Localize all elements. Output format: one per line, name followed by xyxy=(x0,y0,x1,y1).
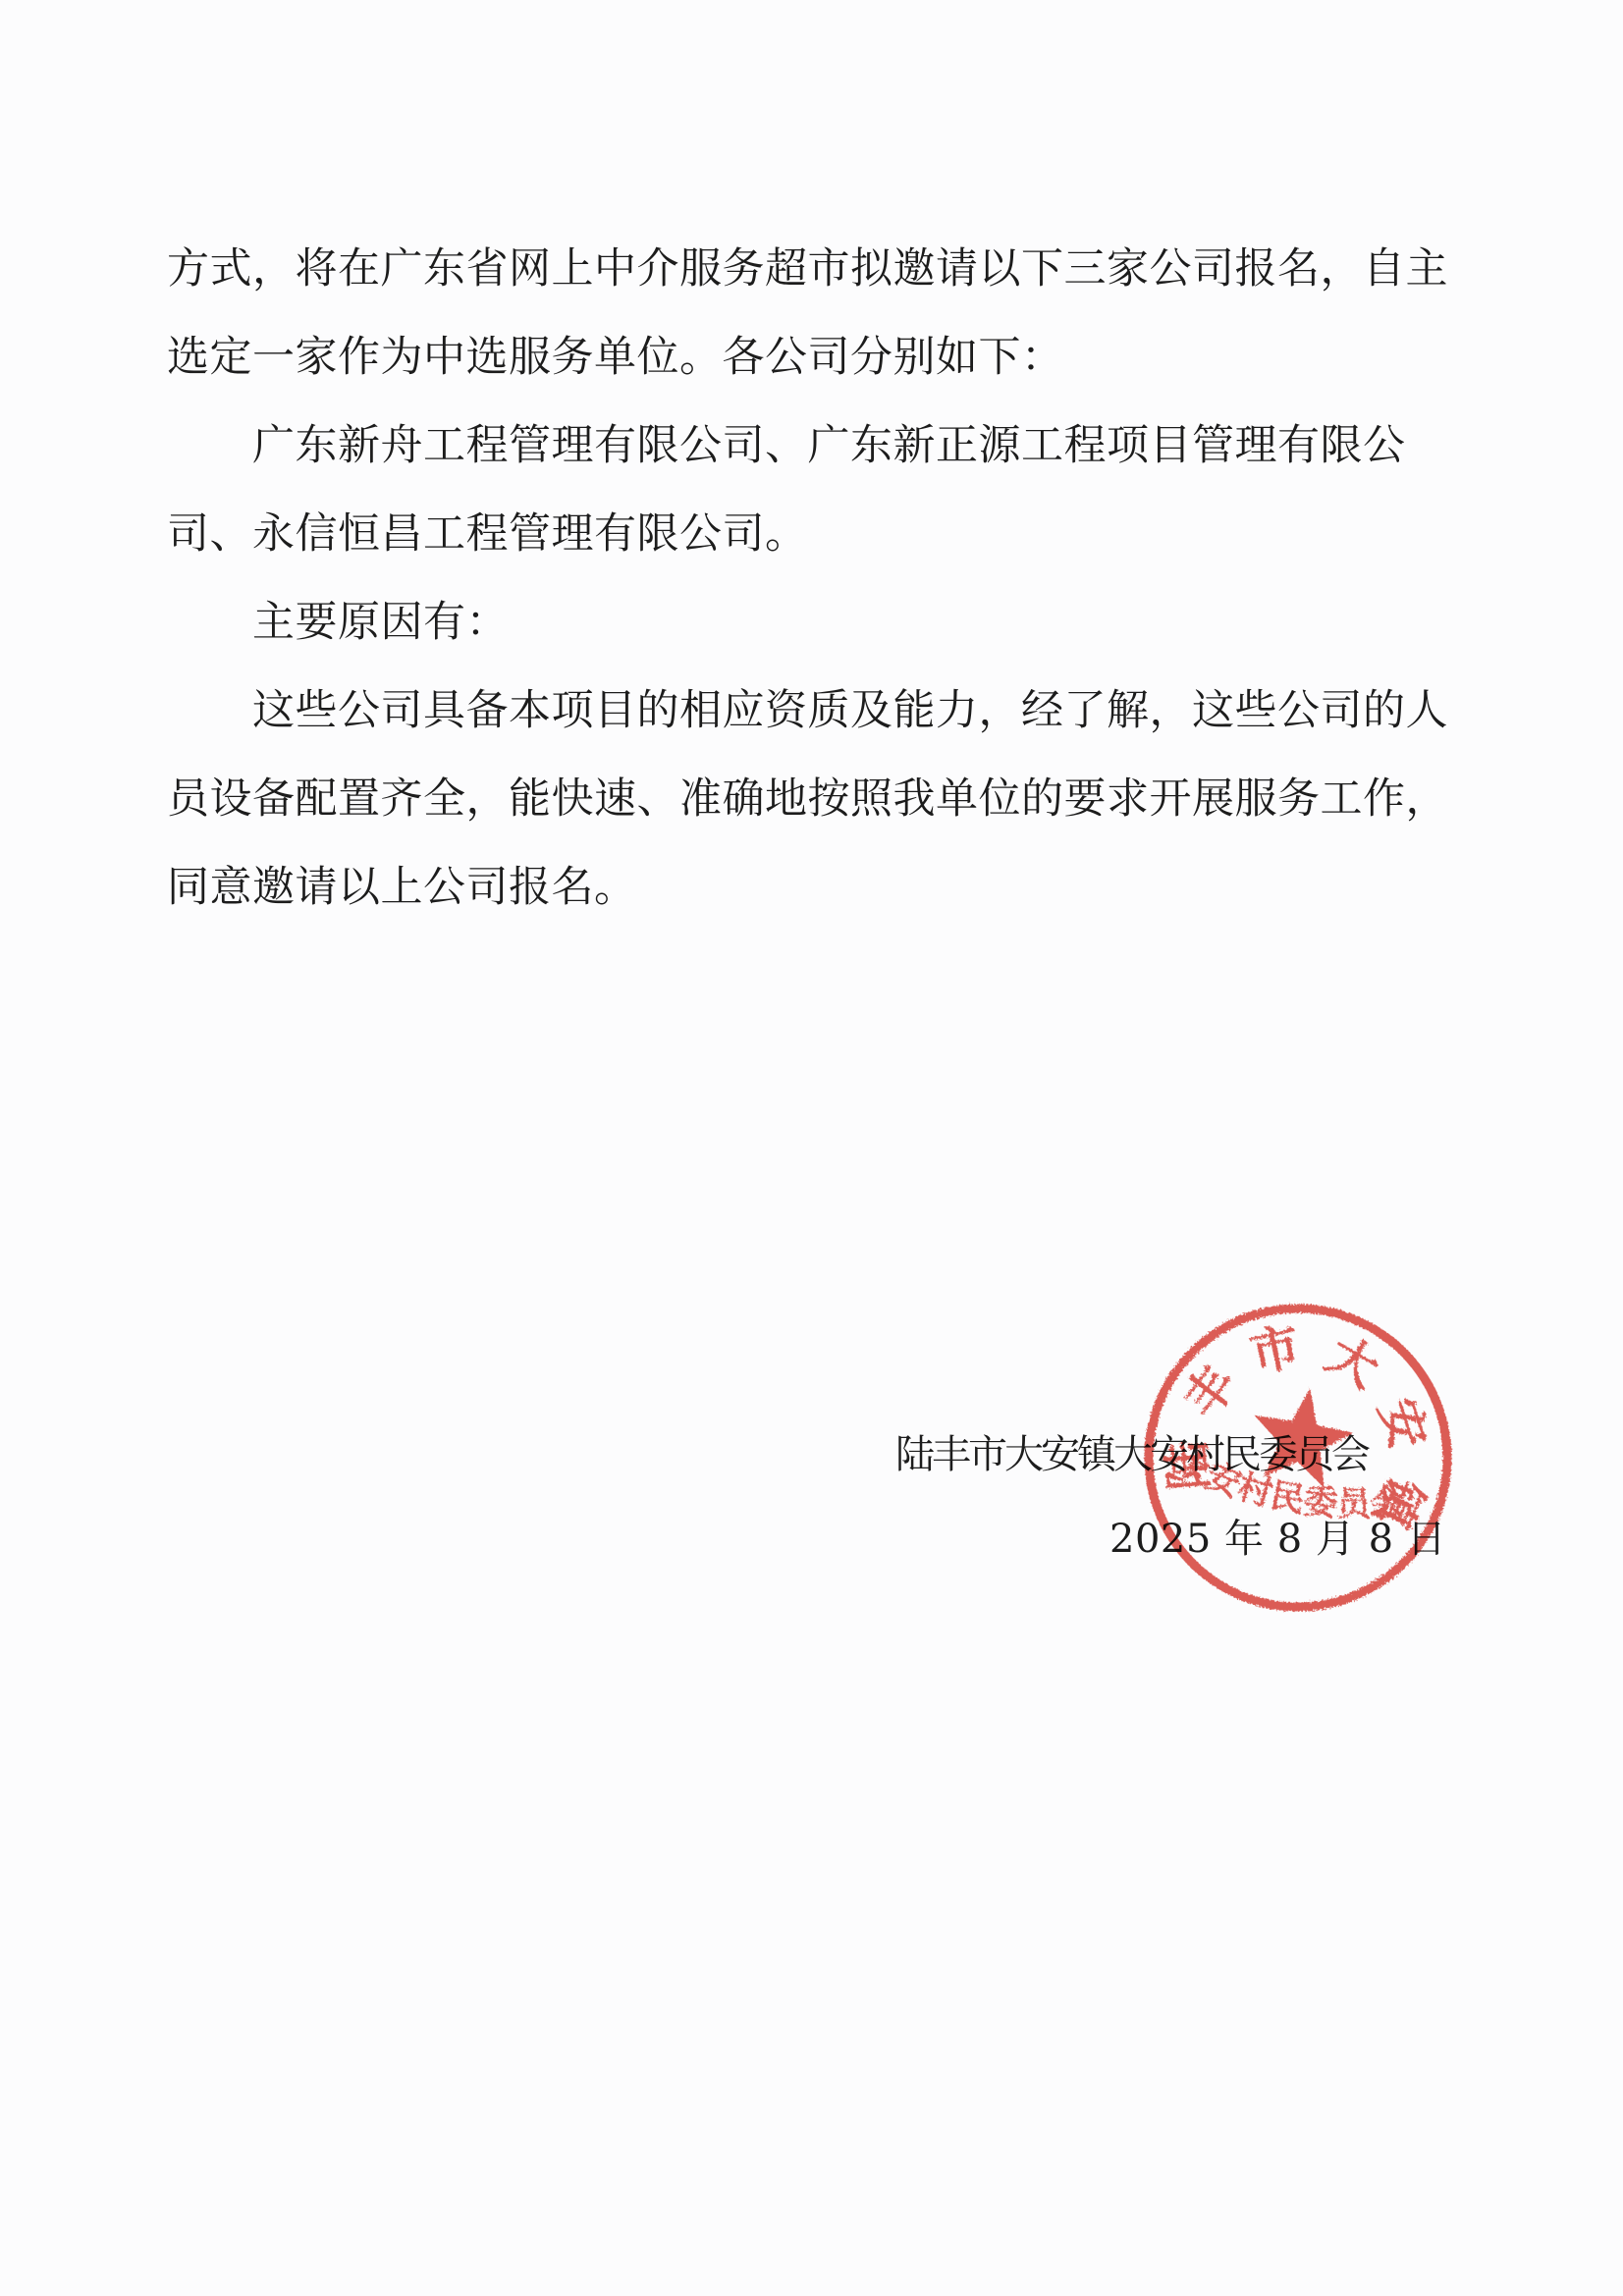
stamp-ring-text: 陆 丰 市 大 安 镇 xyxy=(1150,1297,1461,1541)
body-line: 选定一家作为中选服务单位。各公司分别如下： xyxy=(167,324,1064,384)
body-line: 员设备配置齐全，能快速、准确地按照我单位的要求开展服务工作， xyxy=(167,766,1448,826)
body-line: 主要原因有： xyxy=(252,589,509,649)
body-line: 广东新舟工程管理有限公司、广东新正源工程项目管理有限公 xyxy=(252,412,1406,472)
body-line: 这些公司具备本项目的相应资质及能力，经了解，这些公司的人 xyxy=(252,677,1448,737)
scanned-document-page: 方式，将在广东省网上中介服务超市拟邀请以下三家公司报名，自主 选定一家作为中选服… xyxy=(0,0,1623,2296)
body-line: 方式，将在广东省网上中介服务超市拟邀请以下三家公司报名，自主 xyxy=(167,236,1448,295)
body-line: 司、永信恒昌工程管理有限公司。 xyxy=(167,501,808,561)
stamp-ring-char: 丰 xyxy=(1172,1355,1247,1428)
stamp-ring-char: 市 xyxy=(1245,1317,1305,1383)
body-line: 同意邀请以上公司报名。 xyxy=(167,854,637,914)
signature-org: 陆丰市大安镇大安村民委员会 xyxy=(895,1423,1368,1479)
stamp-ring-char: 大 xyxy=(1318,1325,1388,1399)
stamp-ring-char: 安 xyxy=(1368,1392,1437,1456)
signature-date: 2025 年 8 月 8 日 xyxy=(1109,1508,1446,1564)
